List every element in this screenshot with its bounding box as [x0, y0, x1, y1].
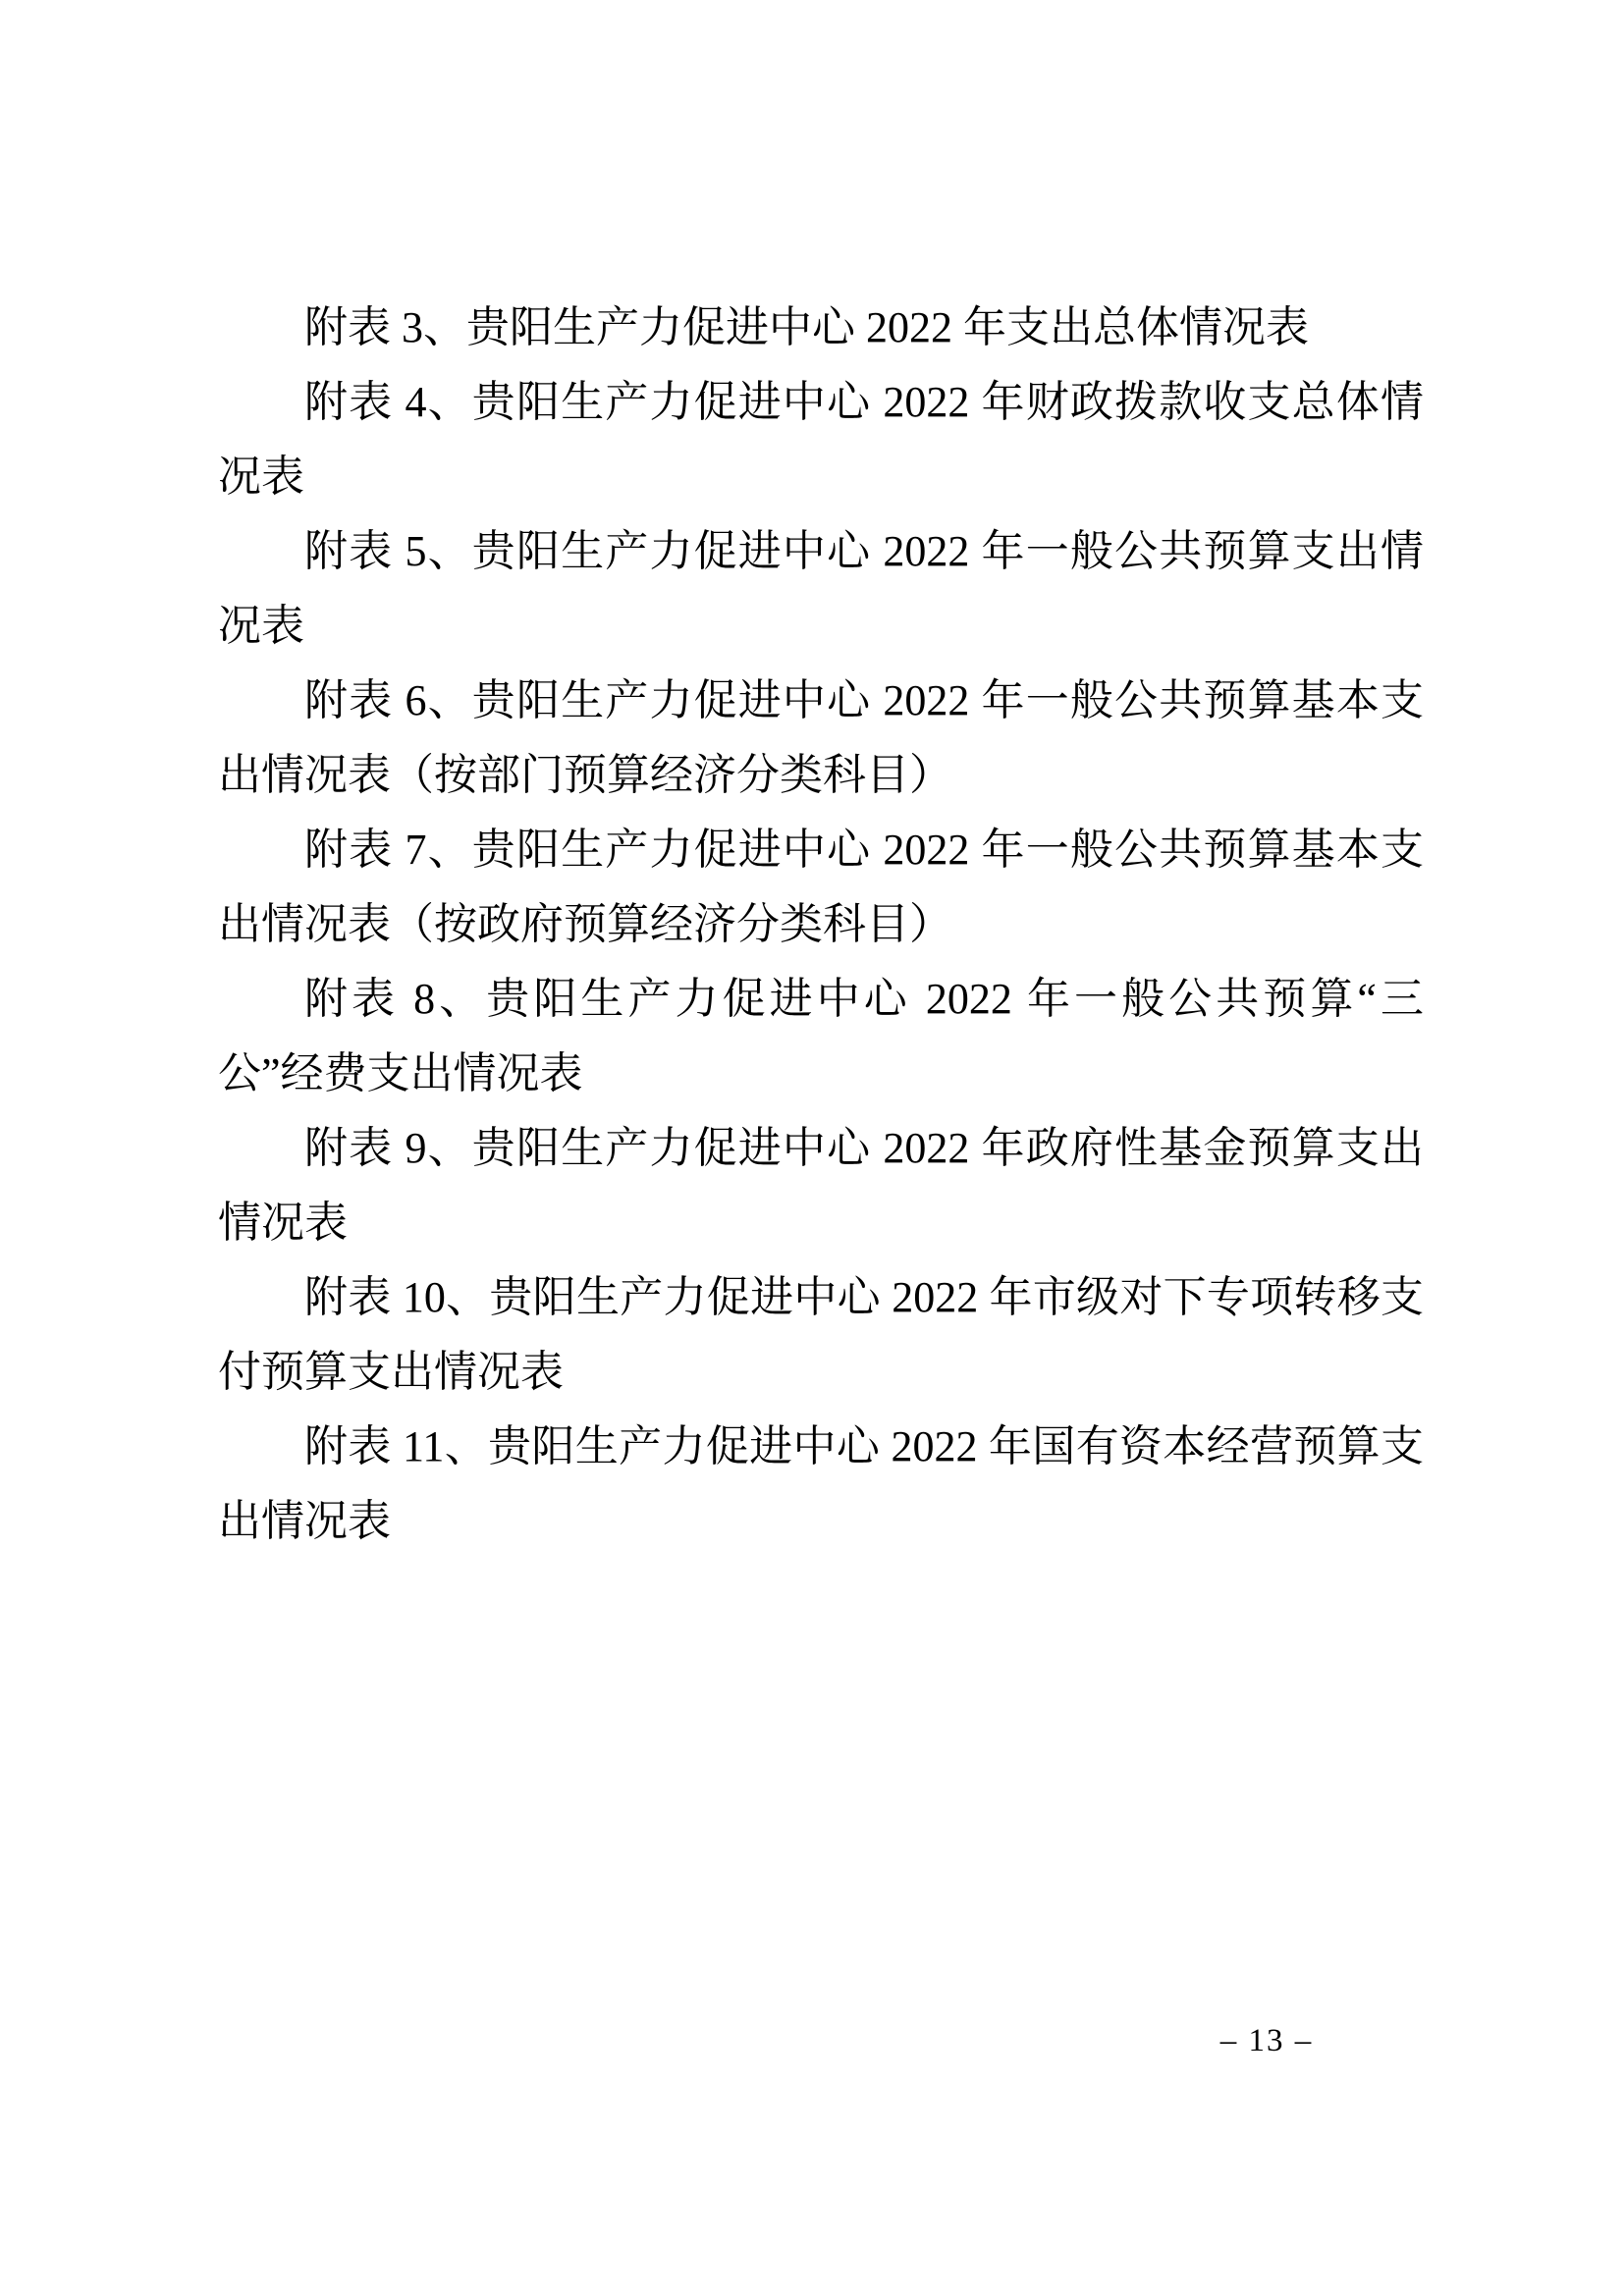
appendix-entry: 附表 10、贵阳生产力促进中心 2022 年市级对下专项转移支付预算支出情况表	[218, 1260, 1424, 1410]
appendix-entry: 附表 8、贵阳生产力促进中心 2022 年一般公共预算“三公”经费支出情况表	[218, 962, 1424, 1111]
appendix-list: 附表 3、贵阳生产力促进中心 2022 年支出总体情况表附表 4、贵阳生产力促进…	[218, 291, 1424, 1559]
appendix-entry: 附表 7、贵阳生产力促进中心 2022 年一般公共预算基本支出情况表（按政府预算…	[218, 813, 1424, 962]
page-number: – 13 –	[1203, 2020, 1330, 2061]
appendix-entry: 附表 9、贵阳生产力促进中心 2022 年政府性基金预算支出情况表	[218, 1111, 1424, 1260]
appendix-entry: 附表 6、贵阳生产力促进中心 2022 年一般公共预算基本支出情况表（按部门预算…	[218, 664, 1424, 813]
document-page: 附表 3、贵阳生产力促进中心 2022 年支出总体情况表附表 4、贵阳生产力促进…	[0, 0, 1624, 2296]
appendix-entry: 附表 11、贵阳生产力促进中心 2022 年国有资本经营预算支出情况表	[218, 1410, 1424, 1559]
appendix-entry: 附表 5、贵阳生产力促进中心 2022 年一般公共预算支出情况表	[218, 514, 1424, 664]
appendix-entry: 附表 3、贵阳生产力促进中心 2022 年支出总体情况表	[218, 291, 1424, 365]
appendix-entry: 附表 4、贵阳生产力促进中心 2022 年财政拨款收支总体情况表	[218, 365, 1424, 514]
